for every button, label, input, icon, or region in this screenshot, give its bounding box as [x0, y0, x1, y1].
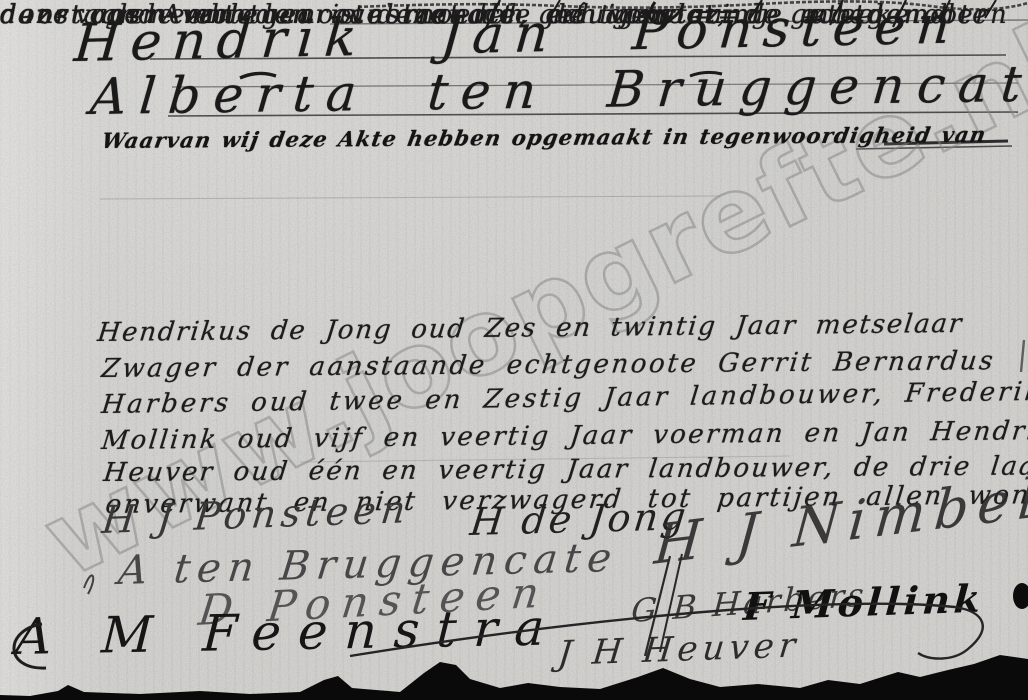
signature-heuver: J H Heuver — [556, 625, 802, 674]
caption-line: Waarvan wij deze Akte hebben opgemaakt i… — [100, 122, 989, 153]
body-line: aanstaande echtgenoote met de getuigen =… — [0, 0, 742, 30]
body-line: Harbers oud twee en Zestig Jaar landbouw… — [100, 377, 1028, 420]
body-line: Hendrikus de Jong oud Zes en twintig Jaa… — [96, 309, 965, 348]
right-edge-ink-blob — [1013, 583, 1028, 609]
body-line: Zwager der aanstaande echtgenoote Gerrit… — [100, 346, 997, 384]
body-line: Mollink oud vijf en veertig Jaar voerman… — [100, 416, 1028, 456]
signature-feenstra: A M Feenstra — [14, 598, 563, 666]
document-scan: www.joopgrefte.nl Hendrik Jan Ponsteen A… — [0, 0, 1028, 700]
signature-mollink: F Mollink — [742, 575, 986, 629]
